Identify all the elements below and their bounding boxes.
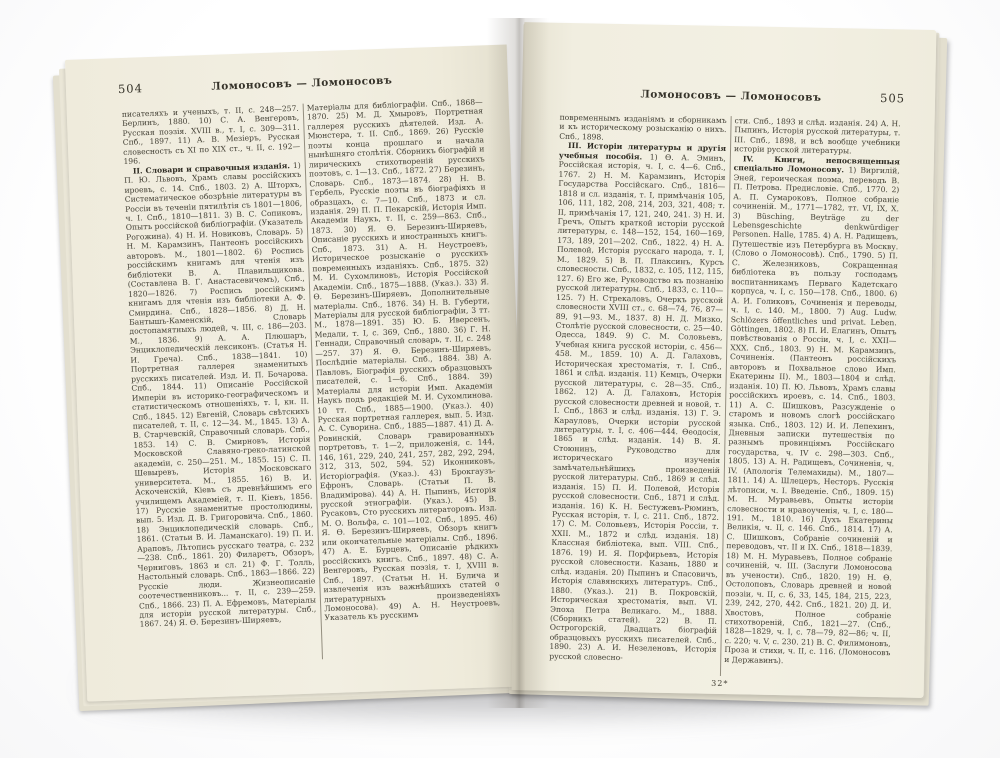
right-page-header: Ломоносовъ — Ломоносовъ 505 <box>557 85 905 106</box>
book-photo: 504 Ломоносовъ — Ломоносовъ писателяхъ и… <box>0 0 1000 758</box>
running-head-right: Ломоносовъ — Ломоносовъ <box>605 88 857 105</box>
right-page: Ломоносовъ — Ломоносовъ 505 повременнымъ… <box>512 22 937 698</box>
section-heading: III. Исторіи литературы и другія учебныя… <box>559 141 726 161</box>
left-page-column-1: писателяхъ и ученыхъ, т. II, с. 248—257.… <box>119 104 322 666</box>
paragraph: сти. Спб., 1893 и слѣд. изданія. 24) А. … <box>734 116 901 157</box>
header-spacer <box>438 80 486 82</box>
right-page-column-1: повременнымъ изданіямъ и сборникамъ и къ… <box>546 113 731 676</box>
left-page-text: писателяхъ и ученыхъ, т. II, с. 248—257.… <box>119 97 506 666</box>
paragraph: II. Словари и справочныя изданія. 1) П. … <box>124 160 317 629</box>
right-page-column-2: сти. Спб., 1893 и слѣд. изданія. 24) А. … <box>720 116 905 679</box>
right-page-text: повременнымъ изданіямъ и сборникамъ и къ… <box>546 113 905 680</box>
page-number-left: 504 <box>118 80 166 96</box>
paragraph: писателяхъ и ученыхъ, т. II, с. 248—257.… <box>122 104 301 167</box>
page-number-right: 505 <box>857 91 905 106</box>
section-heading: IV. Книги, непосвященныя спеціально Ломо… <box>734 154 900 174</box>
left-page-column-2: Матеріалы для библіографіи. Спб., 1868—1… <box>303 97 506 659</box>
running-head-left: Ломоносовъ — Ломоносовъ <box>166 73 438 94</box>
paragraph: повременнымъ изданіямъ и сборникамъ и къ… <box>559 113 727 145</box>
header-spacer <box>557 96 605 97</box>
paragraph: Матеріалы для библіографіи. Спб., 1868—1… <box>307 97 501 623</box>
paragraph: III. Исторіи литературы и другія учебныя… <box>549 141 726 664</box>
paragraph: IV. Книги, непосвященныя спеціально Ломо… <box>724 154 900 668</box>
left-page: 504 Ломоносовъ — Ломоносовъ писателяхъ и… <box>65 44 529 701</box>
left-page-header: 504 Ломоносовъ — Ломоносовъ <box>118 69 486 96</box>
